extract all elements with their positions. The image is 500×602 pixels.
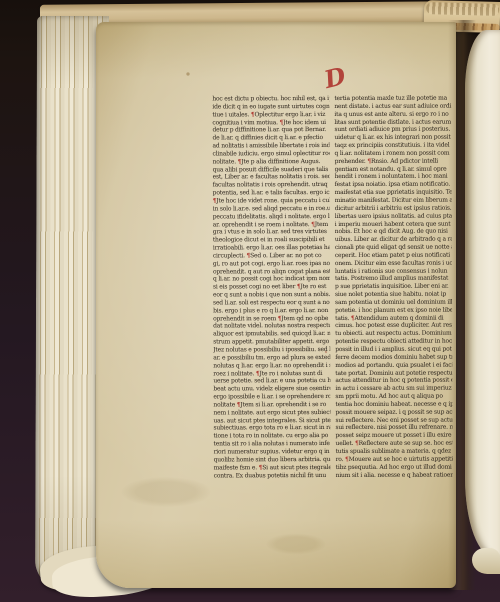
bottom-right-page-curl — [472, 548, 500, 574]
photograph-of-open-incunable-book: D hoc est dictu p obiectu. hoc nihil est… — [0, 0, 500, 602]
text-column-right: tertia potentia maxle tuz ille potetie m… — [334, 95, 452, 480]
rolled-page-curl — [426, 2, 499, 16]
text-block: hoc est dictu p obiectu. hoc nihil est, … — [212, 95, 451, 480]
right-page-edge — [465, 30, 500, 558]
text-column-left: hoc est dictu p obiectu. hoc nihil est, … — [212, 95, 330, 480]
text-line: nium sit i alia. necesse e q habeat rati… — [336, 471, 453, 479]
text-line: contra. Ex duabus potetiis nichil fit un… — [214, 472, 331, 480]
